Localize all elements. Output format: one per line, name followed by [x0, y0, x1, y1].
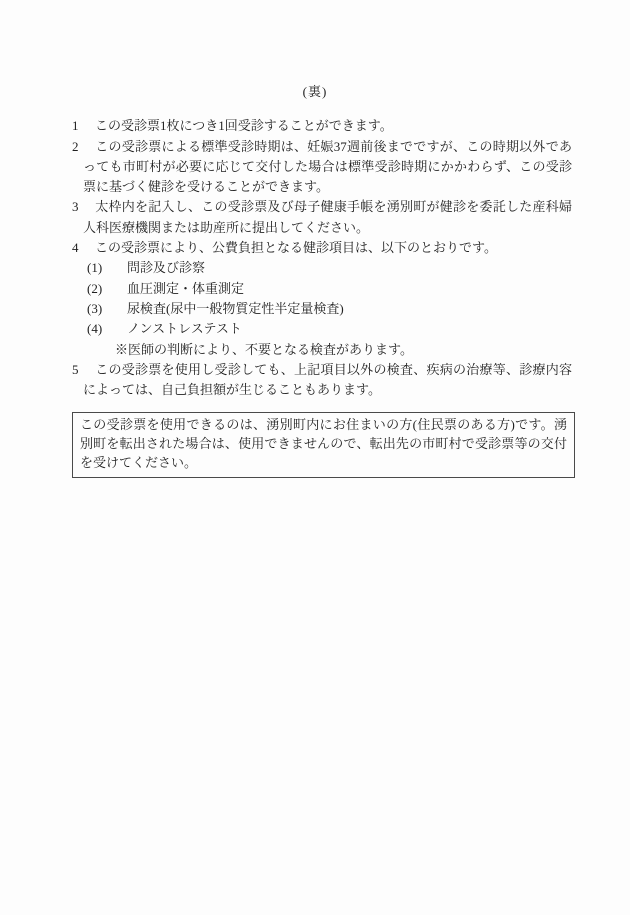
note-number-2: 2 [72, 137, 95, 157]
note-number-4: 4 [72, 238, 95, 258]
document-page: (裏) 1この受診票1枚につき1回受診することができます。 2この受診票による標… [0, 0, 630, 915]
exam-item-1: (1)問診及び診察 [87, 258, 572, 278]
note-item-3: 3太枠内を記入し、この受診票及び母子健康手帳を湧別町が健診を委託した産科婦人科医… [72, 197, 572, 238]
exam-item-number-4: (4) [87, 319, 127, 339]
note-number-1: 1 [72, 116, 95, 136]
exam-item-number-2: (2) [87, 279, 127, 299]
note-text-4: この受診票により、公費負担となる健診項目は、以下のとおりです。 [95, 240, 497, 255]
note-text-1: この受診票1枚につき1回受診することができます。 [95, 118, 393, 133]
note-item-1: 1この受診票1枚につき1回受診することができます。 [72, 116, 572, 136]
document-body: 1この受診票1枚につき1回受診することができます。 2この受診票による標準受診時… [72, 116, 572, 400]
exam-item-text-3: 尿検査(尿中一般物質定性半定量検査) [127, 301, 344, 316]
exam-item-2: (2)血圧測定・体重測定 [87, 279, 572, 299]
note-number-5: 5 [72, 360, 95, 380]
doctor-judgement-note: ※医師の判断により、不要となる検査があります。 [115, 340, 572, 360]
page-title: (裏) [0, 0, 630, 102]
exam-item-number-1: (1) [87, 258, 127, 278]
note-item-5: 5この受診票を使用し受診しても、上記項目以外の検査、疾病の治療等、診療内容によっ… [72, 360, 572, 401]
note-text-3: 太枠内を記入し、この受診票及び母子健康手帳を湧別町が健診を委託した産科婦人科医療… [83, 199, 572, 234]
exam-item-text-2: 血圧測定・体重測定 [127, 281, 244, 296]
exam-item-text-1: 問診及び診察 [127, 260, 205, 275]
exam-item-number-3: (3) [87, 299, 127, 319]
note-text-5: この受診票を使用し受診しても、上記項目以外の検査、疾病の治療等、診療内容によって… [83, 362, 572, 397]
exam-item-4: (4)ノンストレステスト [87, 319, 572, 339]
exam-item-text-4: ノンストレステスト [127, 321, 242, 336]
note-item-2: 2この受診票による標準受診時期は、妊娠37週前後までですが、この時期以外であって… [72, 137, 572, 198]
note-text-2: この受診票による標準受診時期は、妊娠37週前後までですが、この時期以外であっても… [83, 139, 572, 195]
note-number-3: 3 [72, 197, 95, 217]
exam-item-3: (3)尿検査(尿中一般物質定性半定量検査) [87, 299, 572, 319]
note-item-4: 4この受診票により、公費負担となる健診項目は、以下のとおりです。 [72, 238, 572, 258]
usage-restriction-box: この受診票を使用できるのは、湧別町内にお住まいの方(住民票のある方)です。湧別町… [72, 412, 575, 478]
